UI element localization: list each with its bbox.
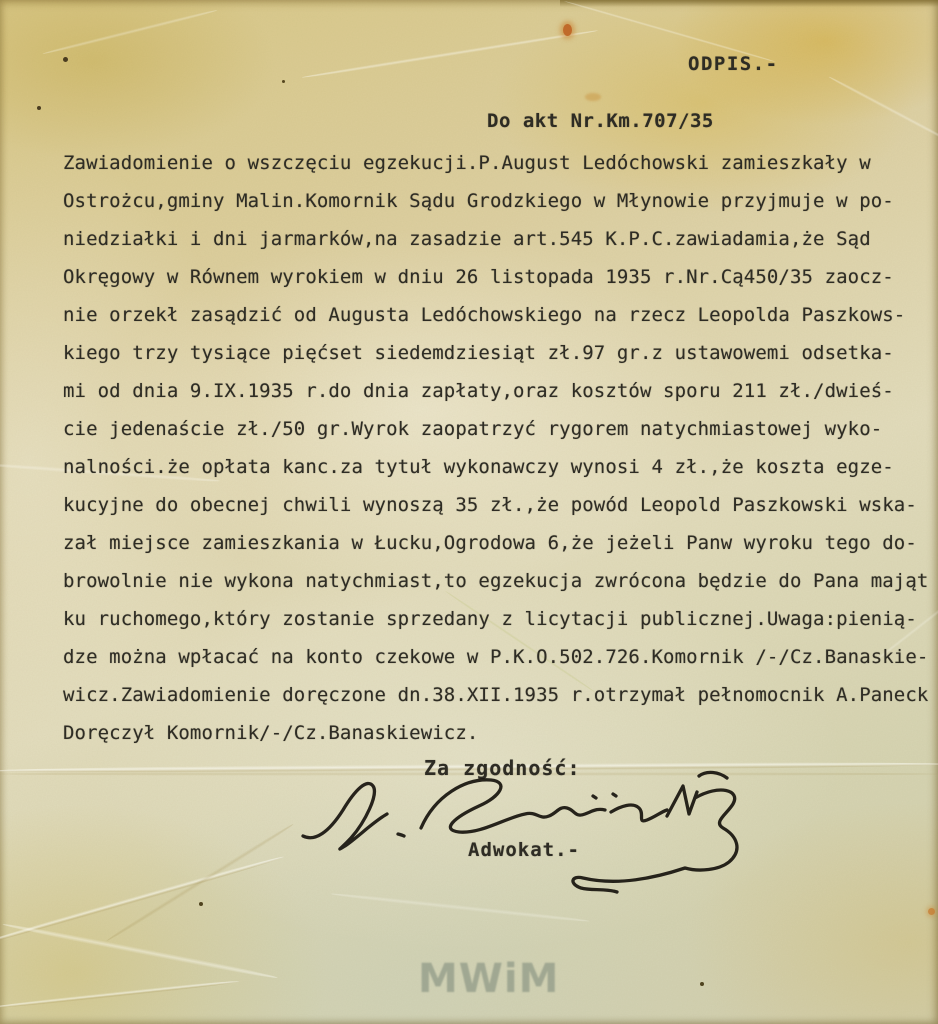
crease-line bbox=[105, 822, 294, 943]
document-line: Zawiadomienie o wszczęciu egzekucji.P.Au… bbox=[63, 144, 935, 182]
document-line: Doręczył Komornik/-/Cz.Banaskiewicz. bbox=[63, 714, 935, 752]
crease-line bbox=[302, 29, 599, 80]
crease-line bbox=[0, 979, 240, 1010]
ink-speck bbox=[700, 982, 704, 986]
document-line: browolnie nie wykona natychmiast,to egze… bbox=[63, 562, 935, 600]
document-line: kucyjne do obecnej chwili wynoszą 35 zł.… bbox=[63, 486, 935, 524]
document-line: zał miejsce zamieszkania w Łucku,Ogrodow… bbox=[63, 524, 935, 562]
scanned-document-page: ODPIS.- Do akt Nr.Km.707/35 Zawiadomieni… bbox=[0, 0, 938, 1024]
document-body: Zawiadomienie o wszczęciu egzekucji.P.Au… bbox=[63, 144, 935, 752]
document-line: dze można wpłacać na konto czekowe w P.K… bbox=[63, 638, 935, 676]
ink-speck bbox=[199, 902, 203, 906]
document-line: wicz.Zawiadomienie doręczone dn.38.XII.1… bbox=[63, 676, 935, 714]
rust-stain bbox=[563, 24, 572, 36]
handwritten-signature bbox=[295, 770, 745, 902]
ink-speck bbox=[37, 106, 41, 110]
scan-edge-shadow bbox=[560, 0, 938, 7]
document-line: cie jedenaście zł./50 gr.Wyrok zaopatrzy… bbox=[63, 410, 935, 448]
archive-watermark: MWiM bbox=[418, 956, 559, 1002]
crease-line bbox=[330, 891, 589, 923]
ink-speck bbox=[63, 57, 68, 62]
case-file-reference: Do akt Nr.Km.707/35 bbox=[487, 110, 714, 132]
document-line: kiego trzy tysiące pięćset siedemdziesią… bbox=[63, 334, 935, 372]
document-line: niedziałki i dni jarmarków,na zasadzie a… bbox=[63, 220, 935, 258]
signer-title: Adwokat.- bbox=[468, 839, 580, 861]
rust-stain bbox=[928, 908, 935, 915]
crease-line bbox=[0, 854, 285, 948]
ink-speck bbox=[282, 80, 285, 83]
attestation-label: Za zgodność: bbox=[424, 756, 581, 780]
crease-line bbox=[42, 8, 218, 55]
document-line: ku ruchomego,który zostanie sprzedany z … bbox=[63, 600, 935, 638]
stain-smudge bbox=[585, 93, 601, 101]
document-line: nalności.że opłata kanc.za tytuł wykonaw… bbox=[63, 448, 935, 486]
document-line: mi od dnia 9.IX.1935 r.do dnia zapłaty,o… bbox=[63, 372, 935, 410]
crease-line bbox=[2, 921, 278, 980]
crease-line bbox=[828, 75, 938, 149]
document-line: nie orzekł zasądzić od Augusta Ledóchows… bbox=[63, 296, 935, 334]
document-line: Okręgowy w Równem wyrokiem w dniu 26 lis… bbox=[63, 258, 935, 296]
copy-annotation: ODPIS.- bbox=[688, 53, 779, 75]
document-line: Ostrożcu,gminy Malin.Komornik Sądu Grodz… bbox=[63, 182, 935, 220]
